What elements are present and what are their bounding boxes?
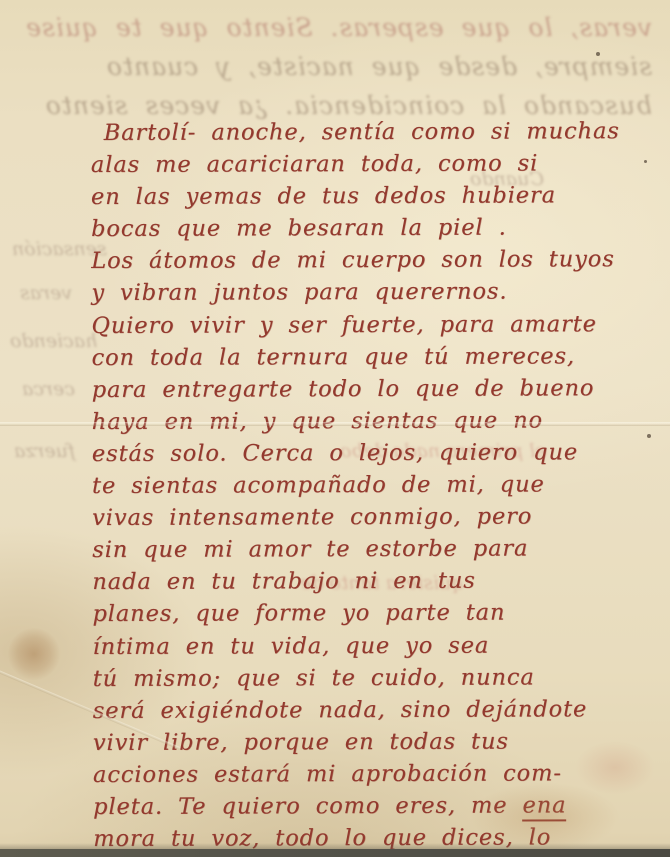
letter-line: nada en tu trabajo ni en tus	[92, 564, 666, 598]
bleedthrough-line: veras, lo que esperas. Siento que te qui…	[35, 8, 652, 47]
stain-spot	[8, 628, 60, 680]
horizontal-fold-crease	[0, 422, 670, 426]
letter-line: estás solo. Cerca o lejos, quiero que	[92, 436, 666, 470]
bleedthrough-fragment: haciendo	[10, 330, 97, 352]
letter-line: con toda la ternura que tú mereces,	[91, 340, 665, 374]
letter-line: íntima en tu vida, que yo sea	[93, 628, 667, 662]
letter-line: y vibran juntos para querernos.	[91, 275, 665, 309]
letter-line-segment: pleta. Te quiero como eres, me	[93, 792, 522, 819]
letter-line: bocas que me besaran la piel .	[91, 211, 665, 245]
stain-spot	[575, 740, 655, 795]
letter-line: sin que mi amor te estorbe para	[92, 532, 666, 566]
letter-line: para entregarte todo lo que de bueno	[92, 372, 666, 406]
letter-line: Quiero vivir y ser fuerte, para amarte	[91, 308, 665, 342]
bleedthrough-fragment: fuerza	[14, 440, 75, 462]
letter-line: alas me acariciaran toda, como si	[91, 147, 665, 181]
letter-line: haya en mi, y que sientas que no	[92, 404, 666, 438]
letter-line: en las yemas de tus dedos hubiera	[91, 179, 665, 213]
ink-speck	[644, 160, 647, 163]
letter-text: Bartolí- anoche, sentía como si muchas a…	[91, 115, 668, 855]
ink-speck	[647, 434, 651, 438]
letter-line: Los átomos de mi cuerpo son los tuyos	[91, 243, 665, 277]
ink-speck	[596, 52, 600, 56]
letter-line: será exigiéndote nada, sino dejándote	[93, 693, 667, 727]
bleedthrough-fragment: cerca	[22, 378, 75, 400]
letter-line: te sientas acompañado de mi, que	[92, 468, 666, 502]
letter-line: tú mismo; que si te cuido, nunca	[93, 661, 667, 695]
letter-line: vivas intensamente conmigo, pero	[92, 500, 666, 534]
letter-page: veras, lo que esperas. Siento que te qui…	[0, 0, 670, 857]
letter-line: planes, que forme yo parte tan	[92, 596, 666, 630]
bleedthrough-text-block: veras, lo que esperas. Siento que te qui…	[35, 8, 652, 125]
bleedthrough-line: siempre, desde que naciste, y cuanto	[35, 47, 652, 86]
photo-bottom-edge	[0, 849, 670, 857]
letter-line: Bartolí- anoche, sentía como si muchas	[91, 115, 665, 149]
bleedthrough-fragment: veras	[20, 282, 72, 304]
